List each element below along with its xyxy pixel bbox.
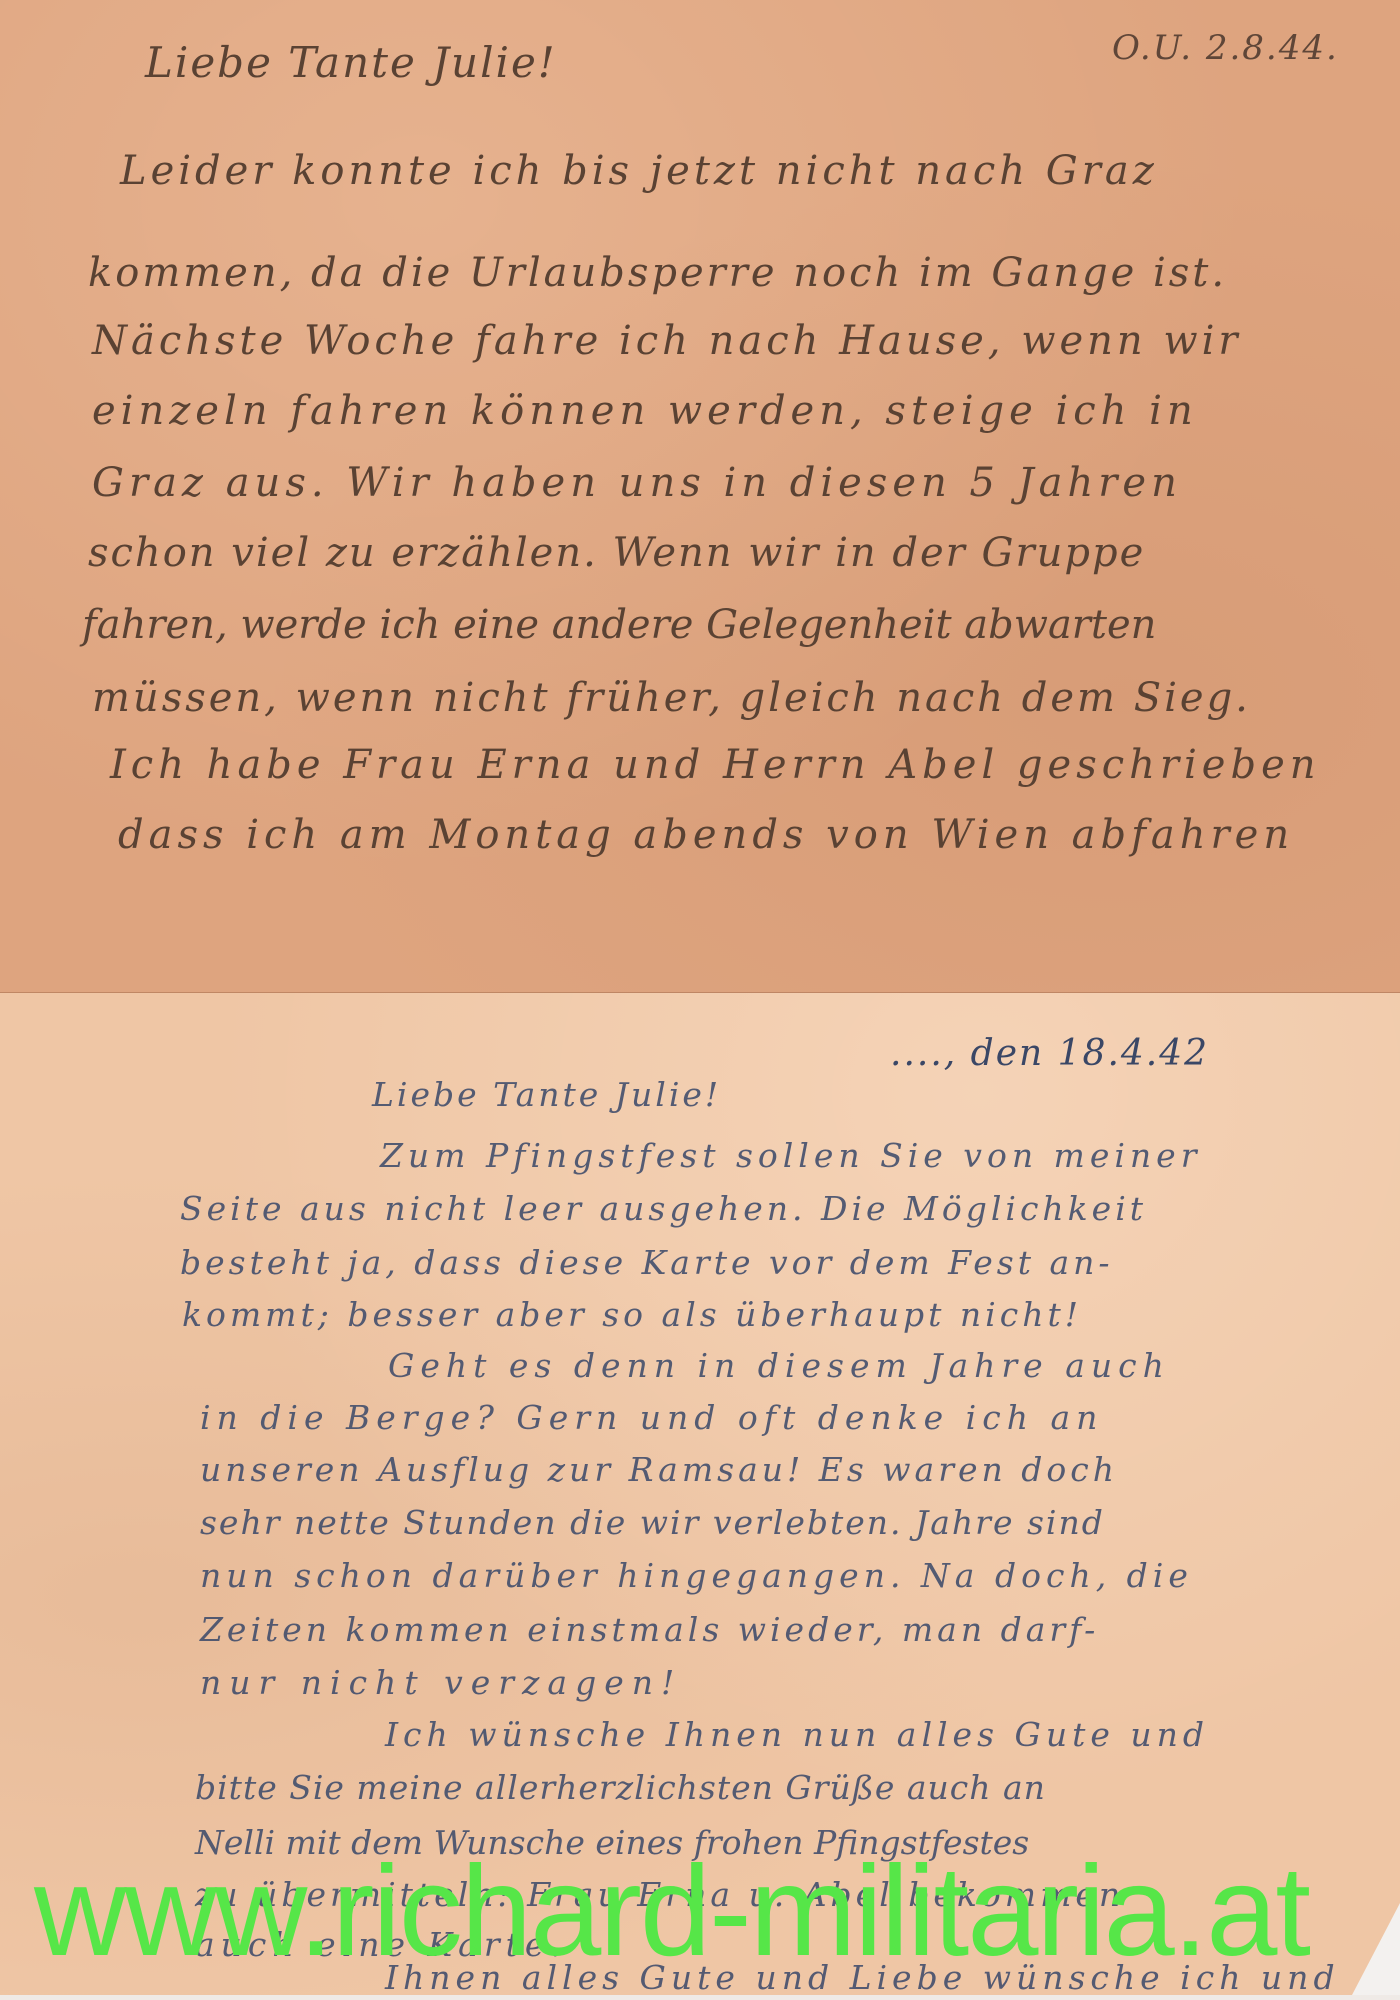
upper-line-2: kommen, da die Urlaubsperre noch im Gang…: [88, 250, 1227, 296]
lower-greeting: Liebe Tante Julie!: [372, 1075, 721, 1114]
upper-line-7: fahren, werde ich eine andere Gelegenhei…: [82, 602, 1156, 648]
upper-line-4: einzeln fahren können werden, steige ich…: [92, 388, 1198, 434]
lower-line-13: bitte Sie meine allerherzlichsten Grüße …: [195, 1768, 1046, 1807]
lower-line-5: Geht es denn in diesem Jahre auch: [388, 1346, 1170, 1385]
lower-date: ...., den 18.4.42: [890, 1033, 1209, 1074]
lower-line-4: kommt; besser aber so als überhaupt nich…: [182, 1295, 1082, 1334]
lower-line-2: Seite aus nicht leer ausgehen. Die Mögli…: [180, 1189, 1147, 1228]
upper-line-10: dass ich am Montag abends von Wien abfah…: [118, 812, 1294, 858]
lower-line-1: Zum Pfingstfest sollen Sie von meiner: [380, 1136, 1202, 1175]
lower-line-7: unseren Ausflug zur Ramsau! Es waren doc…: [200, 1450, 1118, 1489]
upper-line-3: Nächste Woche fahre ich nach Hause, wenn…: [92, 318, 1242, 364]
lower-line-3: besteht ja, dass diese Karte vor dem Fes…: [180, 1243, 1114, 1282]
upper-postcard: O.U. 2.8.44. Liebe Tante Julie! Leider k…: [0, 0, 1400, 993]
upper-date: O.U. 2.8.44.: [1112, 28, 1339, 68]
lower-line-8: sehr nette Stunden die wir verlebten. Ja…: [200, 1503, 1105, 1542]
watermark-url: www.richard-militaria.at: [34, 1848, 1309, 1976]
upper-line-6: schon viel zu erzählen. Wenn wir in der …: [88, 530, 1145, 576]
lower-line-6: in die Berge? Gern und oft denke ich an: [200, 1398, 1103, 1437]
upper-line-8: müssen, wenn nicht früher, gleich nach d…: [92, 675, 1251, 721]
lower-line-9: nun schon darüber hingegangen. Na doch, …: [200, 1556, 1193, 1595]
upper-line-1: Leider konnte ich bis jetzt nicht nach G…: [120, 148, 1158, 194]
lower-line-11: nur nicht verzagen!: [200, 1663, 682, 1702]
upper-greeting: Liebe Tante Julie!: [145, 38, 557, 87]
upper-line-5: Graz aus. Wir haben uns in diesen 5 Jahr…: [92, 460, 1182, 506]
scan-edge: [0, 1995, 1400, 2000]
lower-line-10: Zeiten kommen einstmals wieder, man darf…: [200, 1610, 1099, 1649]
lower-line-12: Ich wünsche Ihnen nun alles Gute und: [385, 1715, 1209, 1754]
upper-line-9: Ich habe Frau Erna und Herrn Abel geschr…: [110, 742, 1321, 788]
